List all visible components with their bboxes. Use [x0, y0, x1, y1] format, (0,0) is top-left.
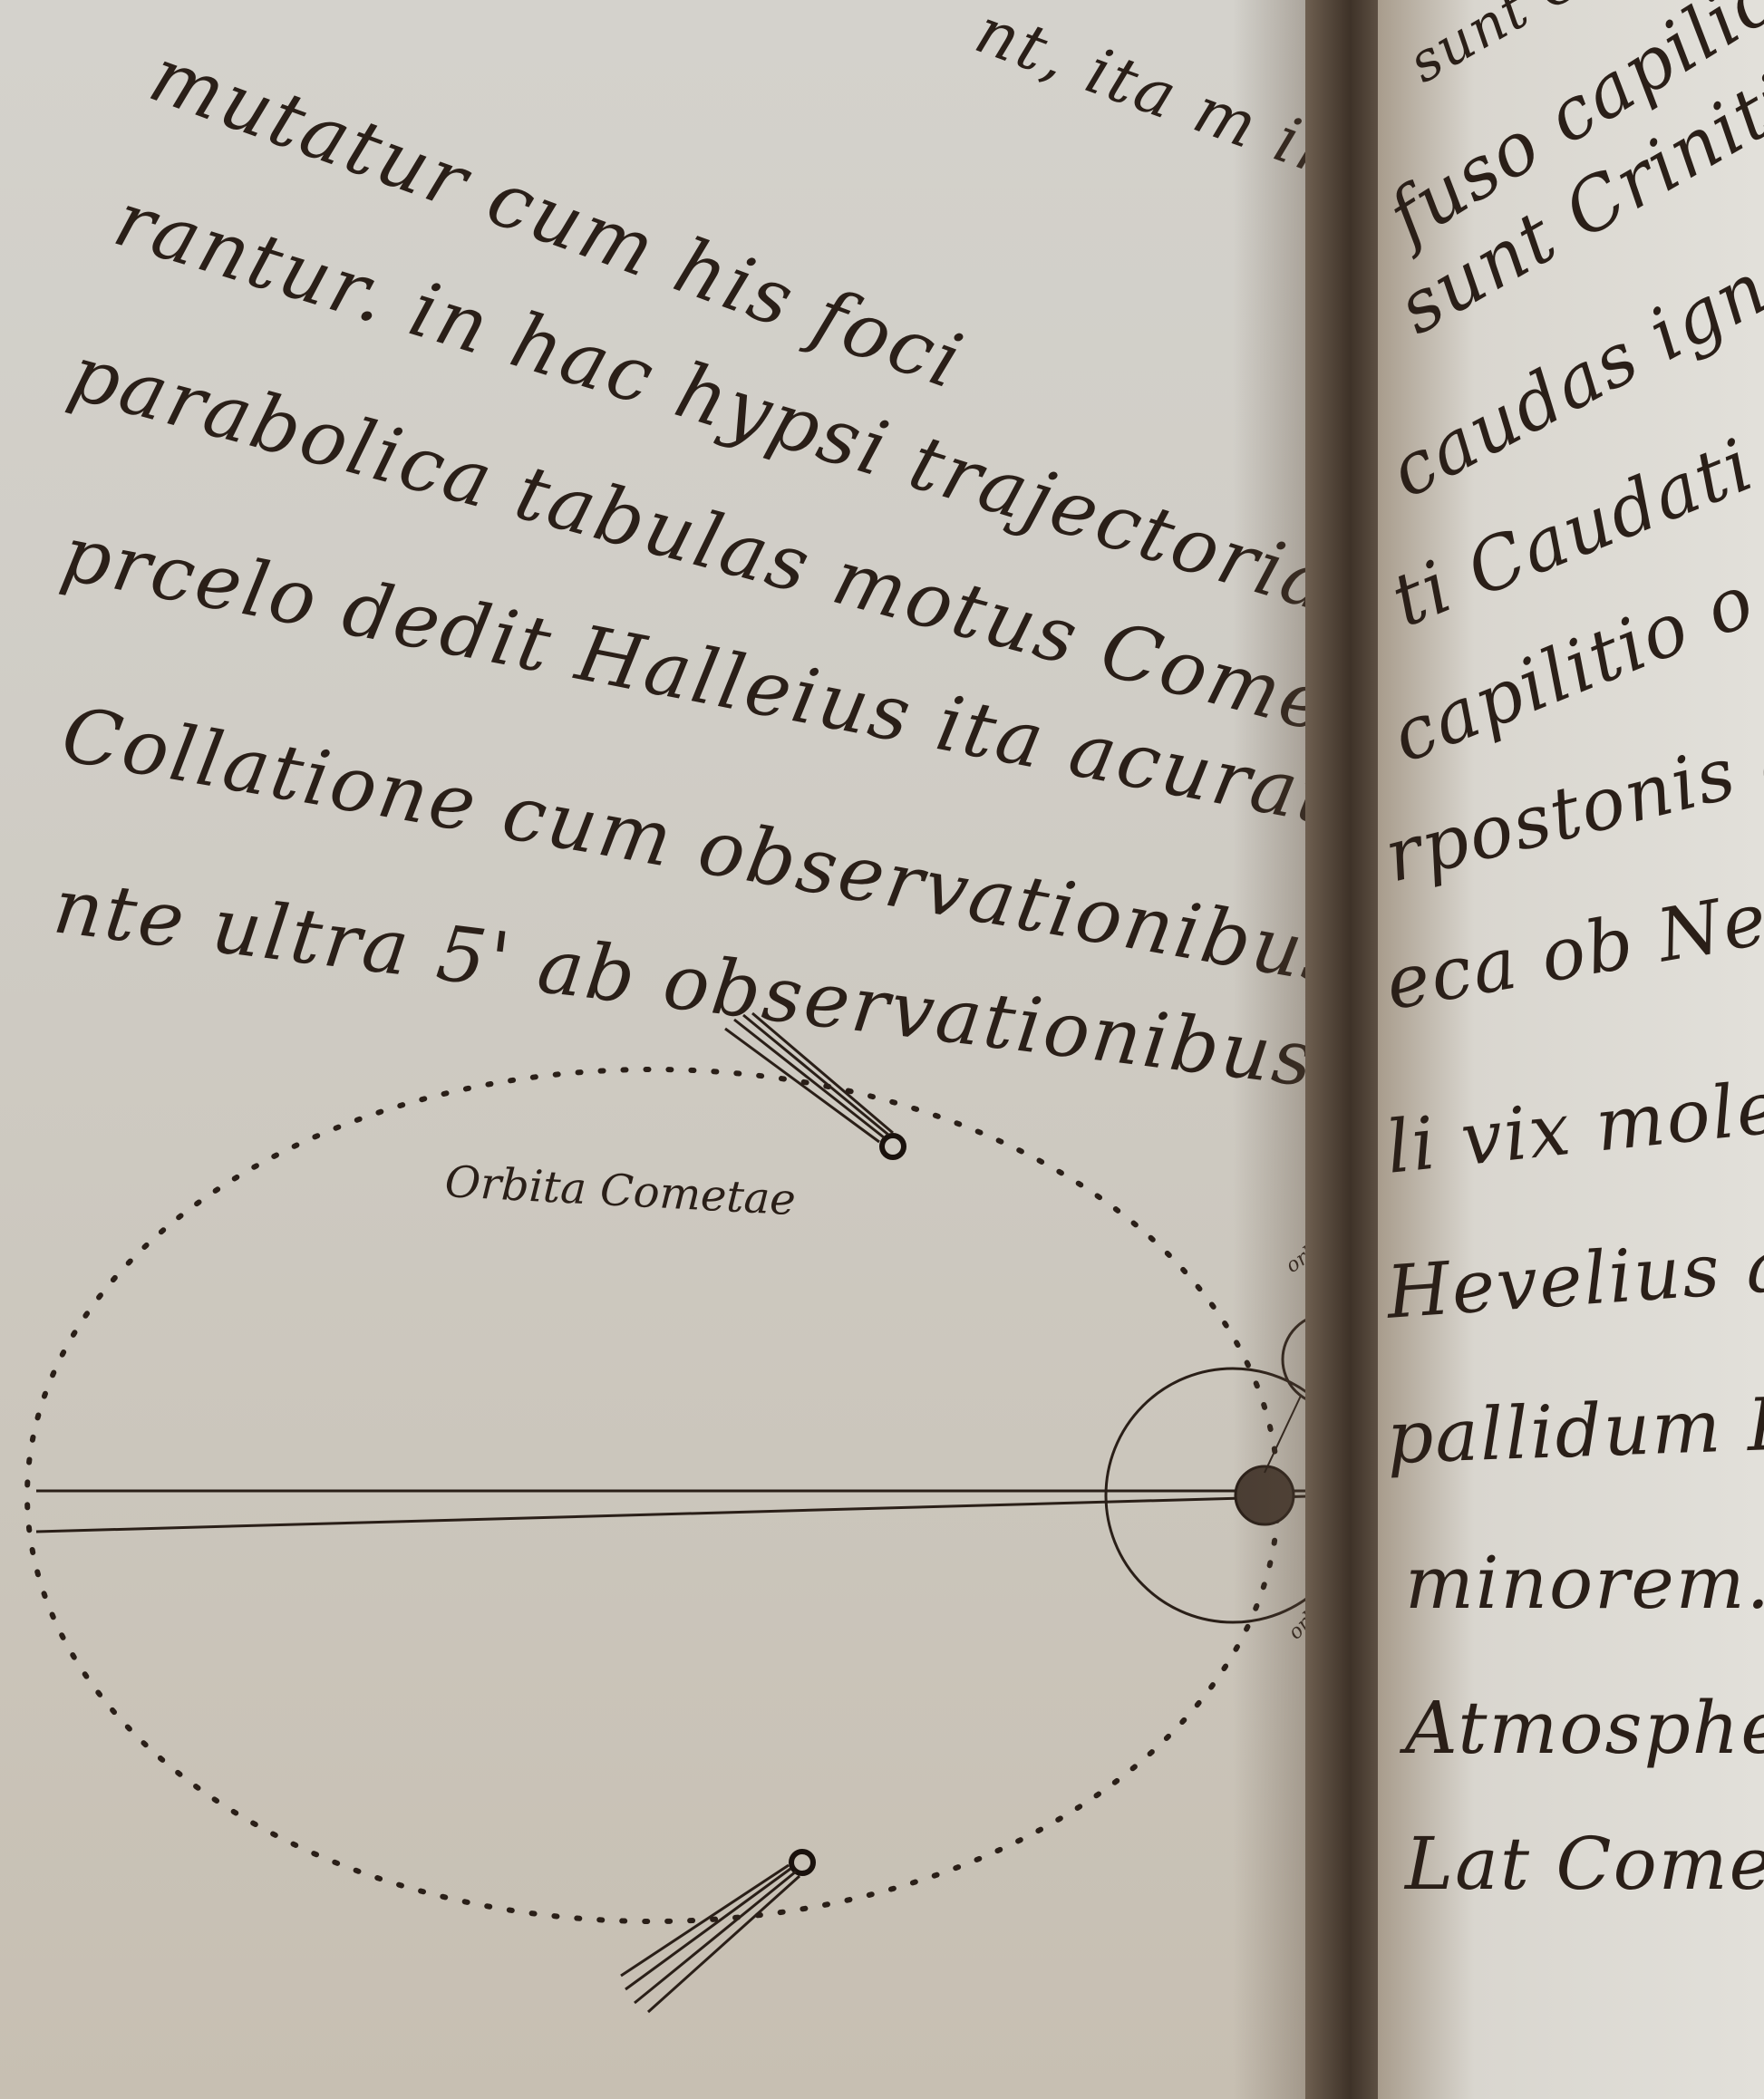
left-manuscript-page: nt, ita m in parabolam mutatur cum his f…: [0, 0, 1342, 2099]
comet-lower-icon: [621, 1852, 813, 2012]
orbit-label: Orbita Cometae: [443, 1156, 797, 1225]
secondary-axis-line: [36, 1495, 1342, 1532]
text-line: Hevelius an: [1384, 1219, 1764, 1335]
text-line: pallidum Lice: [1385, 1378, 1764, 1480]
comet-upper-icon: [725, 1013, 904, 1157]
text-line: eca ob Ner: [1380, 870, 1764, 1026]
text-line: minorem.: [1405, 1541, 1764, 1625]
comet-orbit-diagram: Orbita Cometae orbita orbita: [0, 979, 1342, 2099]
text-line: Atmosphera: [1405, 1686, 1764, 1770]
sun-icon: [1236, 1466, 1294, 1524]
text-line: li vix mole: [1382, 1065, 1764, 1190]
right-manuscript-page: sunt Com fuso capilicio sunt Criniti se …: [1378, 0, 1764, 2099]
radius-line: [1265, 1396, 1301, 1473]
text-line: Lat Comet: [1405, 1822, 1764, 1906]
